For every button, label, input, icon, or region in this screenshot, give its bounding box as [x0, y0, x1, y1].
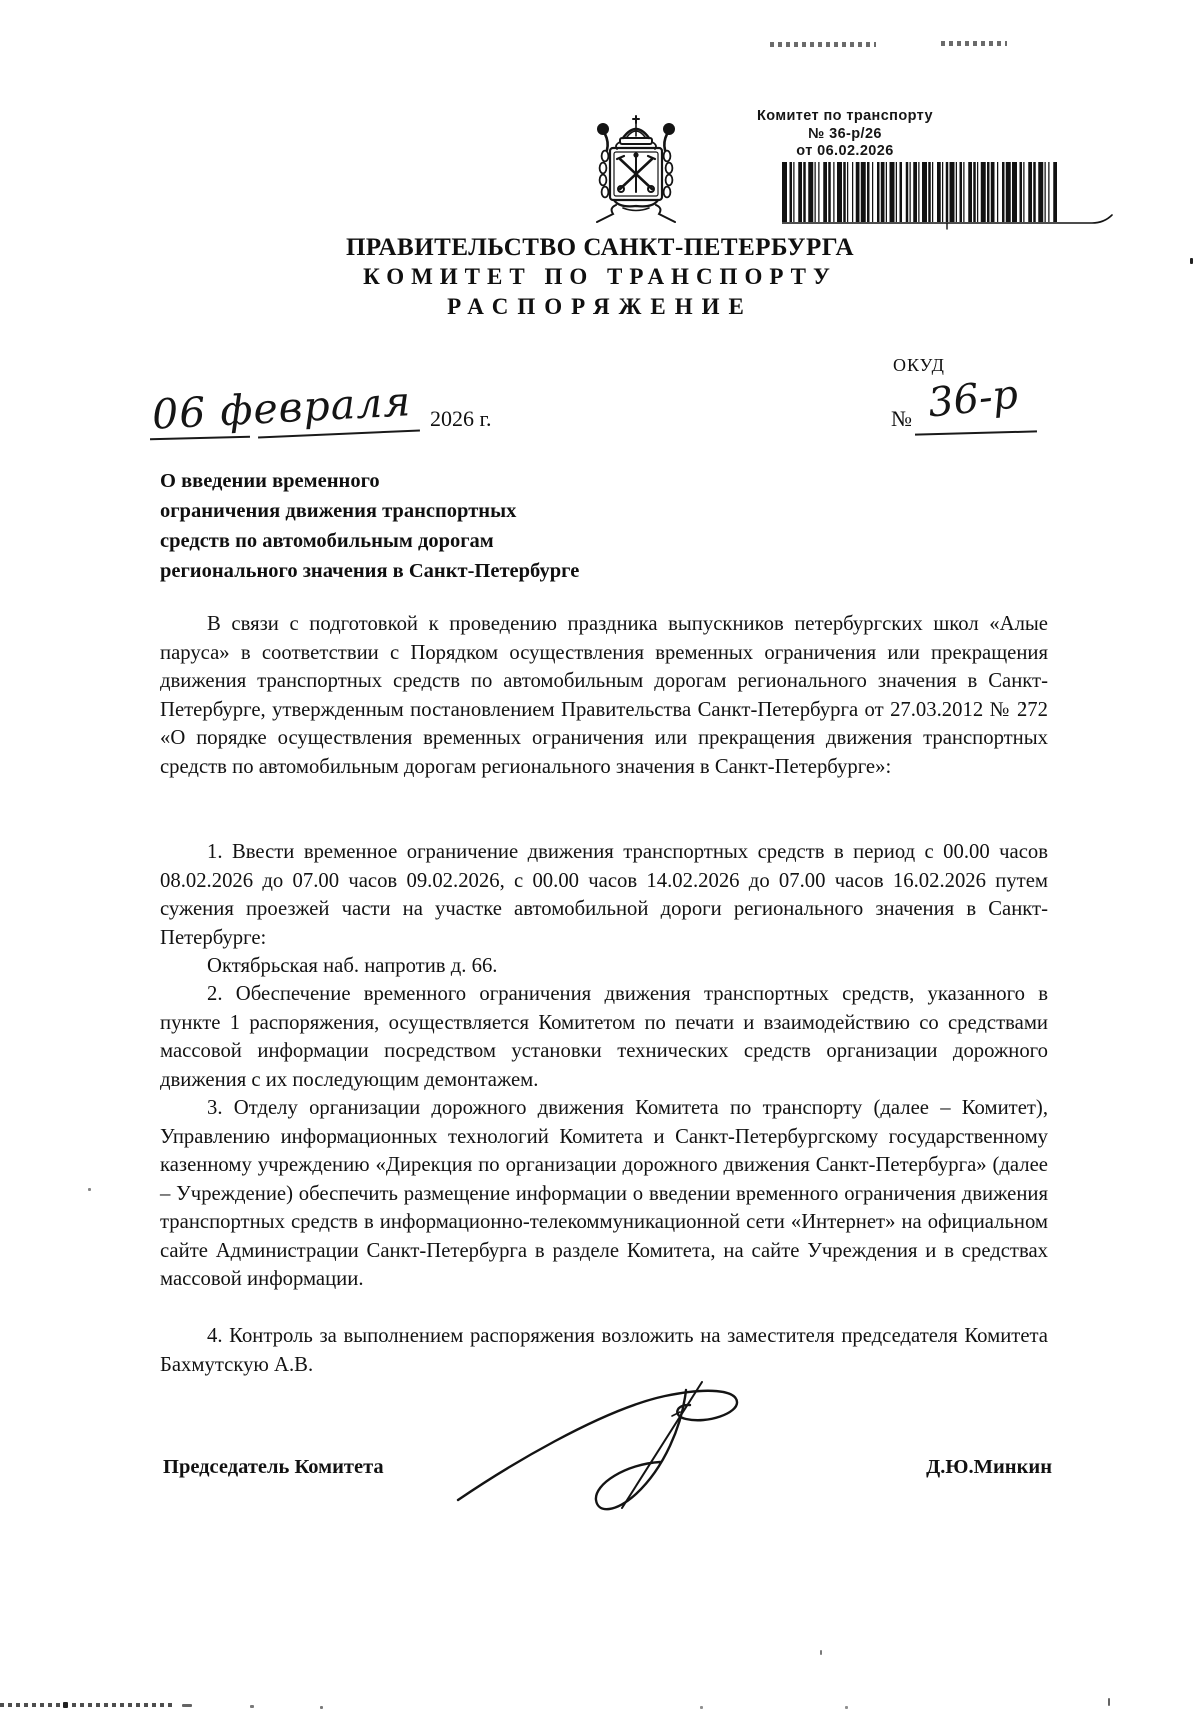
paragraph-item-3: 3. Отделу организации дорожного движения… [160, 1094, 1048, 1294]
paragraph-intro: В связи с подготовкой к проведению празд… [160, 610, 1048, 781]
handwritten-document-number: 36-р [926, 371, 1020, 426]
paragraph-item-4: 4. Контроль за выполнением распоряжения … [160, 1322, 1048, 1379]
scan-speck [1190, 258, 1193, 264]
subject-line: ограничения движения транспортных [160, 496, 760, 526]
scan-noise-bottom [0, 1703, 172, 1707]
paragraph-item-1: 1. Ввести временное ограничение движения… [160, 838, 1048, 952]
paragraph-item-2: 2. Обеспечение временного ограничения дв… [160, 980, 1048, 1094]
registration-barcode-icon [782, 162, 1114, 234]
stamp-number: № 36-р/26 [720, 126, 970, 144]
stamp-date: от 06.02.2026 [720, 143, 970, 161]
scan-speck [63, 1702, 68, 1708]
scan-speck [820, 1650, 822, 1655]
scan-noise-top-right [941, 41, 1007, 46]
signer-position: Председатель Комитета [163, 1456, 384, 1479]
subject-line: регионального значения в Санкт-Петербург… [160, 556, 760, 586]
document-page: Комитет по транспорту № 36-р/26 от 06.02… [0, 0, 1200, 1710]
scan-speck [845, 1706, 848, 1709]
registration-stamp: Комитет по транспорту № 36-р/26 от 06.02… [720, 108, 970, 161]
subject-line: средств по автомобильным дорогам [160, 526, 760, 556]
subject-line: О введении временного [160, 466, 760, 496]
saint-petersburg-coat-of-arms-icon [583, 112, 689, 226]
stamp-committee: Комитет по транспорту [720, 108, 970, 126]
number-label: № [891, 406, 912, 432]
scan-speck [1108, 1698, 1110, 1706]
paragraph-address: Октябрьская наб. напротив д. 66. [160, 952, 1048, 981]
signer-name: Д.Ю.Минкин [880, 1456, 1052, 1479]
handwritten-date: 06 февраля [151, 377, 413, 439]
scan-speck [88, 1188, 91, 1191]
handwritten-signature-icon [450, 1372, 780, 1542]
year-suffix: 2026 г. [430, 406, 492, 432]
number-underline [915, 430, 1037, 435]
committee-title: КОМИТЕТ ПО ТРАНСПОРТУ [156, 264, 1044, 290]
scan-speck [182, 1704, 192, 1707]
scan-noise-top-left [770, 42, 876, 47]
government-title: ПРАВИТЕЛЬСТВО САНКТ-ПЕТЕРБУРГА [156, 234, 1044, 262]
scan-speck [700, 1706, 703, 1709]
scan-speck [250, 1705, 254, 1708]
scan-speck [320, 1706, 323, 1709]
document-subject: О введении временного ограничения движен… [160, 466, 760, 586]
okud-label: ОКУД [893, 355, 945, 376]
document-type-title: РАСПОРЯЖЕНИЕ [156, 294, 1044, 320]
